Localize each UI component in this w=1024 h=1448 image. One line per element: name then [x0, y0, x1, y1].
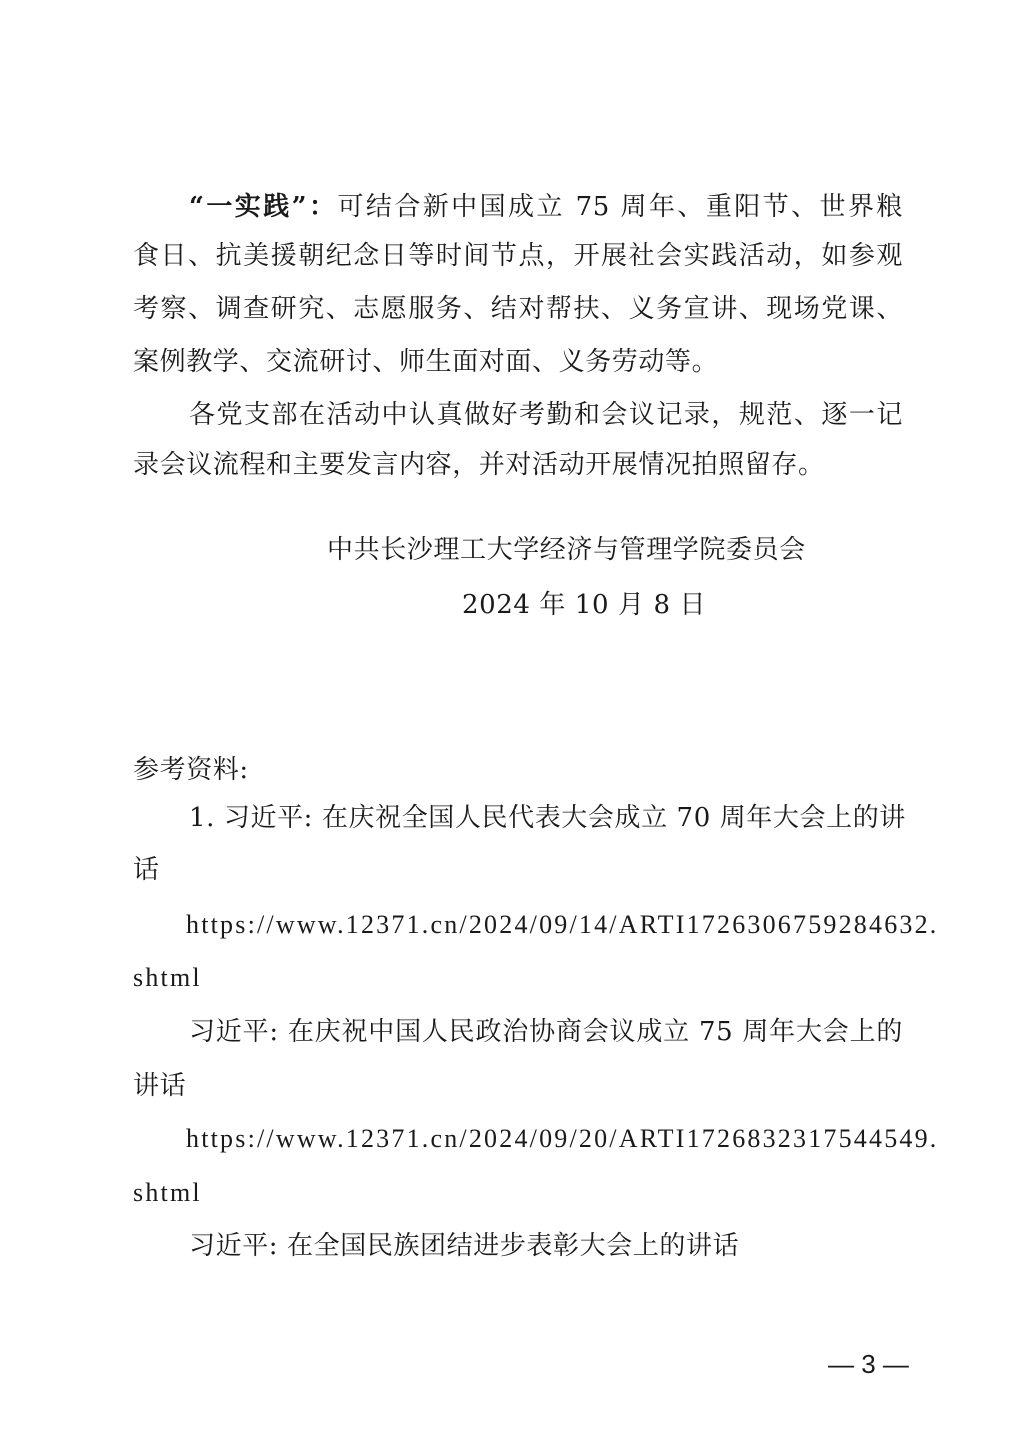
reference-2-url-line-1[interactable]: https://www.12371.cn/2024/09/20/ARTI1726…	[186, 1123, 906, 1155]
reference-1-title-line-2: 话	[133, 854, 903, 886]
signature-organization: 中共长沙理工大学经济与管理学院委员会	[327, 534, 827, 566]
paragraph-1-line-2: 食日、抗美援朝纪念日等时间节点，开展社会实践活动，如参观	[133, 240, 903, 272]
paragraph-1-line-1-text: 可结合新中国成立 75 周年、重阳节、世界粮	[337, 192, 903, 222]
paragraph-2-line-1: 各党支部在活动中认真做好考勤和会议记录，规范、逐一记	[189, 399, 903, 431]
reference-1-title-line-1: 1. 习近平: 在庆祝全国人民代表大会成立 70 周年大会上的讲	[189, 802, 903, 834]
signature-date: 2024 年 10 月 8 日	[462, 589, 762, 621]
reference-2-title-line-2: 讲话	[133, 1070, 903, 1102]
reference-1-url-line-2[interactable]: shtml	[133, 962, 903, 994]
reference-2-url-line-2[interactable]: shtml	[133, 1177, 903, 1209]
paragraph-1-line-4: 案例教学、交流研讨、师生面对面、义务劳动等。	[133, 346, 903, 378]
page-number: — 3 —	[828, 1348, 909, 1380]
reference-2-title-line-1: 习近平: 在庆祝中国人民政治协商会议成立 75 周年大会上的	[189, 1016, 903, 1048]
paragraph-2-line-2: 录会议流程和主要发言内容，并对活动开展情况拍照留存。	[133, 449, 903, 481]
paragraph-1-line-3: 考察、调查研究、志愿服务、结对帮扶、义务宣讲、现场党课、	[133, 293, 903, 325]
references-heading: 参考资料:	[133, 754, 903, 786]
practice-heading: “一实践”：	[189, 192, 337, 222]
paragraph-1-line-1: “一实践”：可结合新中国成立 75 周年、重阳节、世界粮	[189, 191, 903, 223]
reference-1-url-line-1[interactable]: https://www.12371.cn/2024/09/14/ARTI1726…	[186, 909, 906, 941]
reference-3-title: 习近平: 在全国民族团结进步表彰大会上的讲话	[189, 1230, 903, 1262]
